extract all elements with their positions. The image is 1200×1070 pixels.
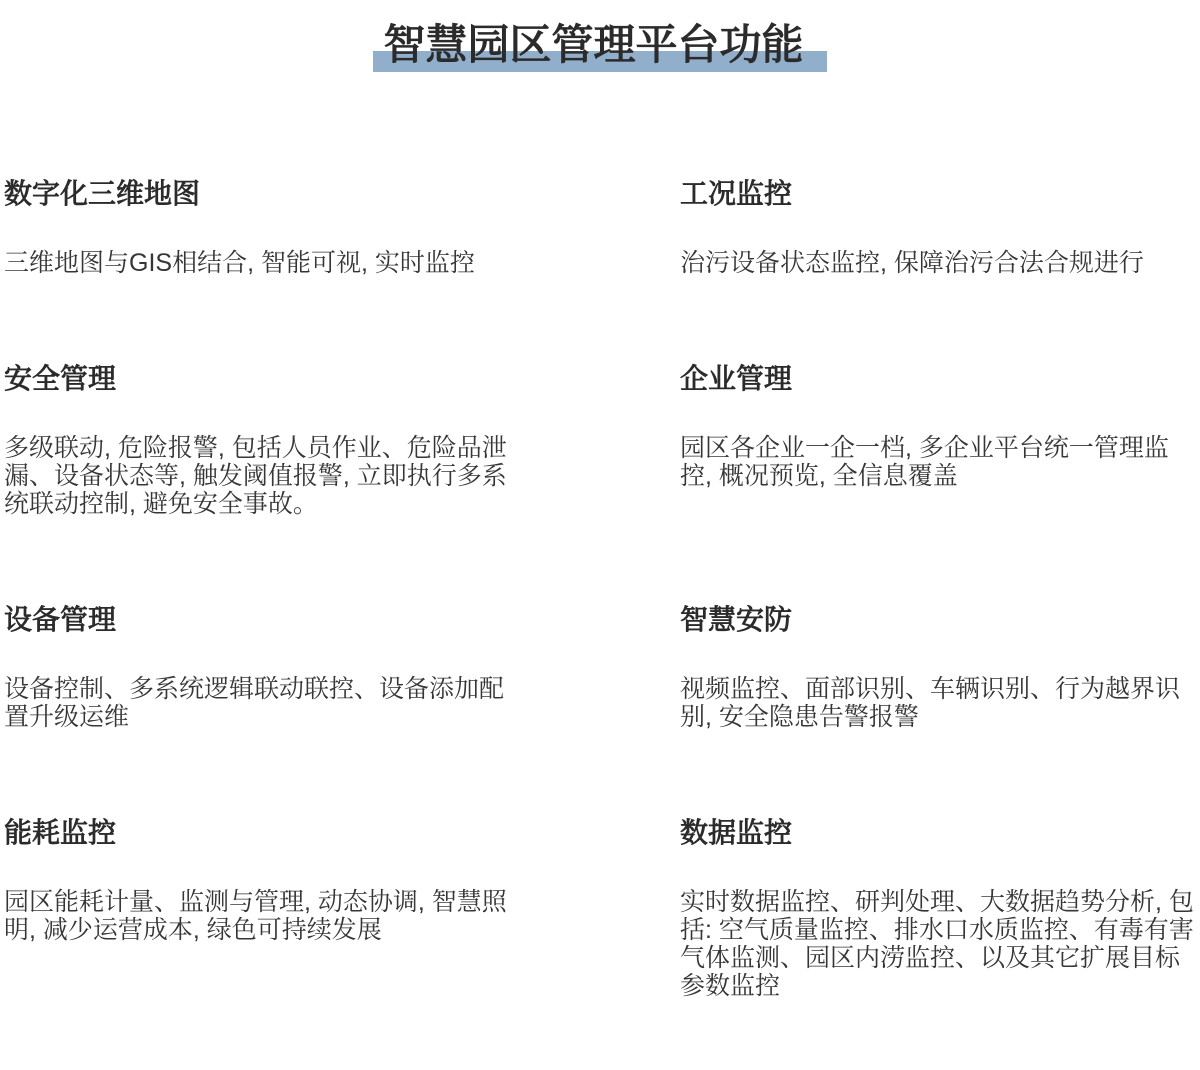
page-title: 智慧园区管理平台功能 [373, 20, 826, 70]
section-digital-3d-map: 数字化三维地图 三维地图与GIS相结合, 智能可视, 实时监控 [4, 177, 519, 277]
section-data-monitoring: 数据监控 实时数据监控、研判处理、大数据趋势分析, 包括: 空气质量监控、排水口… [680, 816, 1195, 1000]
section-title: 智慧安防 [680, 603, 1195, 637]
section-title: 设备管理 [4, 603, 519, 637]
section-desc: 治污设备状态监控, 保障治污合法合规进行 [680, 249, 1195, 277]
section-title: 工况监控 [680, 177, 1195, 211]
section-smart-security: 智慧安防 视频监控、面部识别、车辆识别、行为越界识别, 安全隐患告警报警 [680, 603, 1195, 731]
page-title-row: 智慧园区管理平台功能 [0, 20, 1200, 70]
section-enterprise-management: 企业管理 园区各企业一企一档, 多企业平台统一管理监控, 概况预览, 全信息覆盖 [680, 362, 1195, 518]
section-desc: 设备控制、多系统逻辑联动联控、设备添加配置升级运维 [4, 675, 519, 731]
section-desc: 多级联动, 危险报警, 包括人员作业、危险品泄漏、设备状态等, 触发阈值报警, … [4, 434, 519, 518]
section-equipment-management: 设备管理 设备控制、多系统逻辑联动联控、设备添加配置升级运维 [4, 603, 519, 731]
section-working-condition-monitoring: 工况监控 治污设备状态监控, 保障治污合法合规进行 [680, 177, 1195, 277]
page: 智慧园区管理平台功能 数字化三维地图 三维地图与GIS相结合, 智能可视, 实时… [0, 0, 1200, 1000]
section-desc: 实时数据监控、研判处理、大数据趋势分析, 包括: 空气质量监控、排水口水质监控、… [680, 888, 1195, 1000]
section-safety-management: 安全管理 多级联动, 危险报警, 包括人员作业、危险品泄漏、设备状态等, 触发阈… [4, 362, 519, 518]
section-title: 数据监控 [680, 816, 1195, 850]
section-desc: 园区能耗计量、监测与管理, 动态协调, 智慧照明, 减少运营成本, 绿色可持续发… [4, 888, 519, 944]
section-title: 能耗监控 [4, 816, 519, 850]
section-desc: 三维地图与GIS相结合, 智能可视, 实时监控 [4, 249, 519, 277]
section-title: 安全管理 [4, 362, 519, 396]
section-title: 数字化三维地图 [4, 177, 519, 211]
feature-grid: 数字化三维地图 三维地图与GIS相结合, 智能可视, 实时监控 工况监控 治污设… [0, 177, 1200, 1000]
section-desc: 视频监控、面部识别、车辆识别、行为越界识别, 安全隐患告警报警 [680, 675, 1195, 731]
section-title: 企业管理 [680, 362, 1195, 396]
section-desc: 园区各企业一企一档, 多企业平台统一管理监控, 概况预览, 全信息覆盖 [680, 434, 1195, 490]
section-energy-monitoring: 能耗监控 园区能耗计量、监测与管理, 动态协调, 智慧照明, 减少运营成本, 绿… [4, 816, 519, 1000]
